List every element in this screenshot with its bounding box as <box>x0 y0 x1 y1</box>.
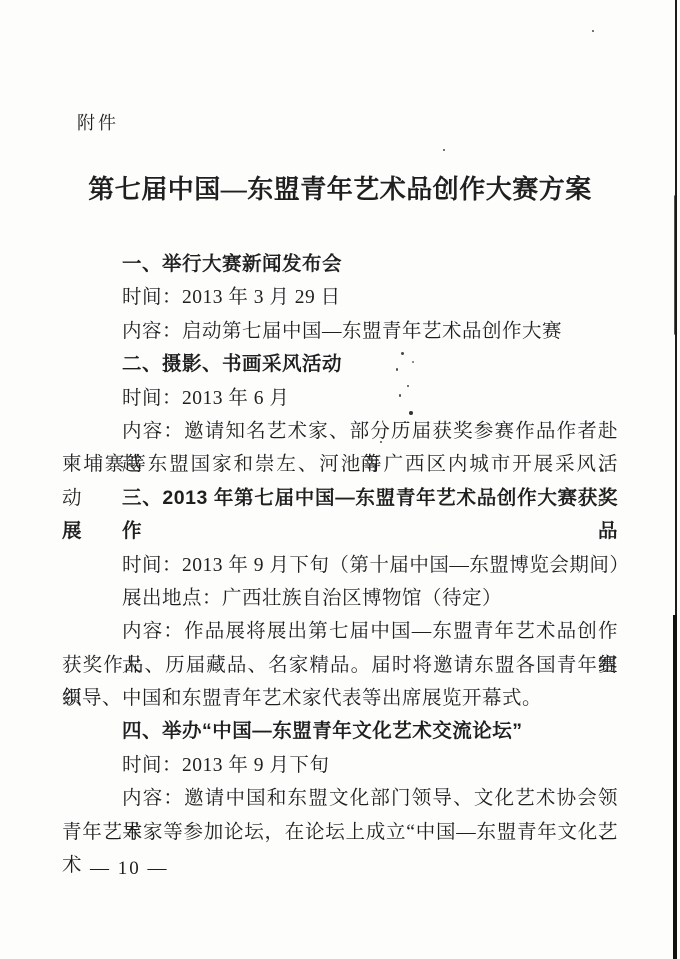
document-line: 时间：2013 年 9 月下旬 <box>62 749 619 782</box>
document-body: 一、举行大赛新闻发布会时间：2013 年 3 月 29 日内容：启动第七届中国—… <box>62 248 619 849</box>
scan-noise-speck <box>592 30 594 32</box>
document-line: 时间：2013 年 9 月下旬（第十届中国—东盟博览会期间） <box>62 549 619 582</box>
document-line: 展出地点：广西壮族自治区博物馆（待定） <box>62 582 619 615</box>
scan-edge-artifact-bottom <box>673 615 677 959</box>
document-line: 内容：作品展将展出第七届中国—东盟青年艺术品创作大赛 <box>62 615 618 648</box>
page-number: — 10 — <box>90 858 169 881</box>
document-line: 青年艺术家等参加论坛，在论坛上成立“中国—东盟青年文化艺术 <box>62 816 618 849</box>
document-line: 时间：2013 年 6 月 <box>62 382 619 415</box>
scan-noise-speck <box>443 149 445 151</box>
document-line: 四、举办“中国—东盟青年文化艺术交流论坛” <box>62 715 619 748</box>
document-line: 三、2013 年第七届中国—东盟青年艺术品创作大赛获奖作品 <box>62 482 618 515</box>
document-line: 获奖作品、历届藏品、名家精品。届时将邀请东盟各国青年组织 <box>62 649 618 682</box>
document-line: 领导、中国和东盟青年艺术家代表等出席展览开幕式。 <box>62 682 619 715</box>
attachment-label: 附件 <box>77 113 119 134</box>
document-line: 内容：邀请中国和东盟文化部门领导、文化艺术协会领导、 <box>62 782 618 815</box>
scan-edge-smudge <box>674 195 677 335</box>
document-line: 内容：邀请知名艺术家、部分历届获奖参赛作品作者赴越南、 <box>62 415 618 448</box>
document-line: 时间：2013 年 3 月 29 日 <box>62 281 619 314</box>
document-title: 第七届中国—东盟青年艺术品创作大赛方案 <box>0 174 680 205</box>
document-line: 柬埔寨等东盟国家和崇左、河池等广西区内城市开展采风活动。 <box>62 448 618 481</box>
document-line: 内容：启动第七届中国—东盟青年艺术品创作大赛 <box>62 315 619 348</box>
scanned-document-page: 附件 第七届中国—东盟青年艺术品创作大赛方案 一、举行大赛新闻发布会时间：201… <box>0 0 680 959</box>
document-line: 一、举行大赛新闻发布会 <box>62 248 619 281</box>
document-line: 二、摄影、书画采风活动 <box>62 348 619 381</box>
